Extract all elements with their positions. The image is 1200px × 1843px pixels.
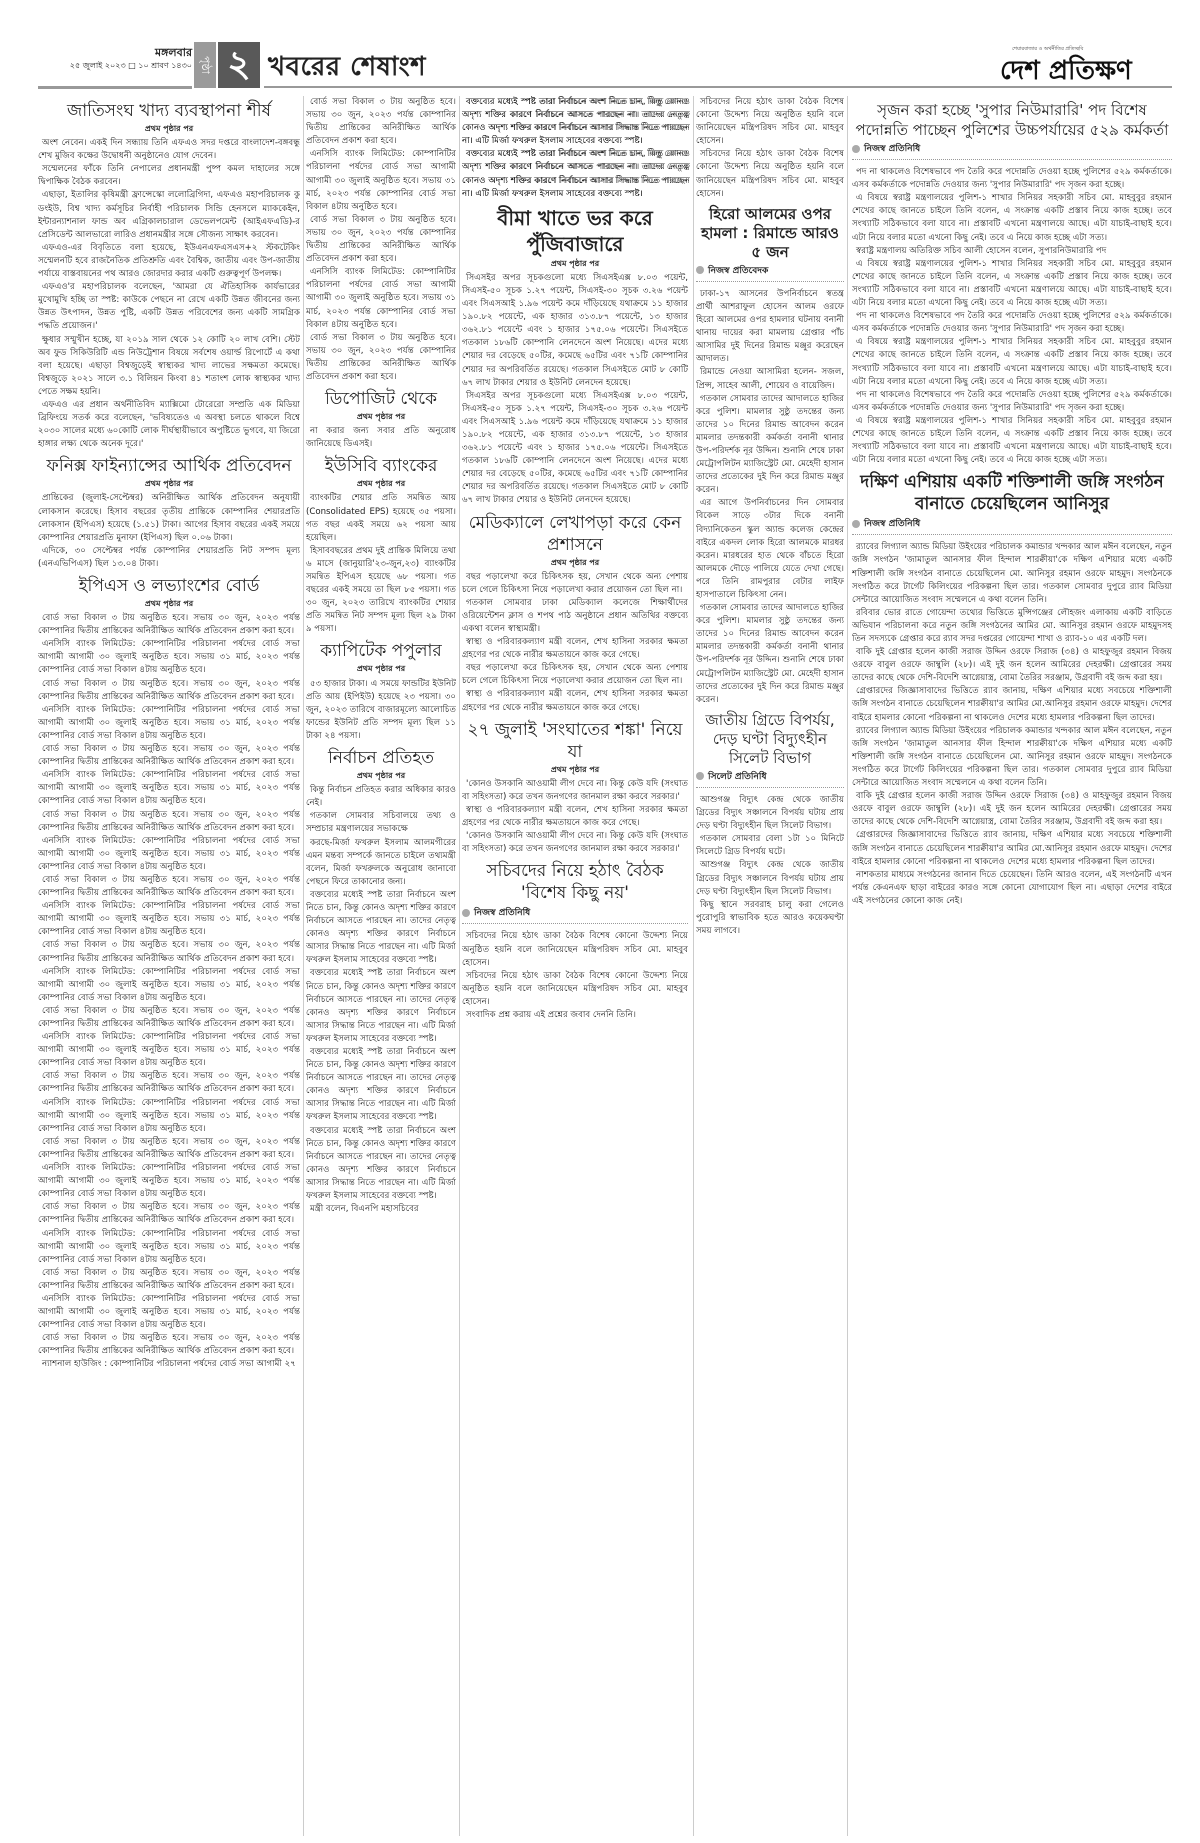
paragraph: এ বিষয়ে স্বরাষ্ট্র মন্ত্রণালয়ের পুলিশ-… [852, 192, 1172, 244]
divider [462, 923, 688, 924]
paragraph: র‌্যাবের লিগ্যাল অ্যান্ড মিডিয়া উইংয়ের… [852, 725, 1172, 790]
headline: নির্বাচন প্রতিহত [306, 747, 456, 769]
article-hero-alam: হিরো আলমের ওপর হামলা : রিমান্ডে আরও ৫ জন… [696, 205, 844, 707]
paragraph: বক্তব্যের মধ্যেই স্পষ্ট তারা নির্বাচনে অ… [462, 148, 688, 200]
paragraph: না করার জন্য সবার প্রতি অনুরোধ জানিয়েছে… [306, 425, 456, 451]
bullet-icon [462, 909, 470, 917]
article-insurance: বীমা খাতে ভর করে পুঁজিবাজারে প্রথম পৃষ্ঠ… [462, 205, 688, 508]
headline: জাতিসংঘ খাদ্য ব্যবস্থাপনা শীর্ষ [38, 100, 300, 122]
continued-label: প্রথম পৃষ্ঠার পর [306, 477, 456, 490]
paragraph: বছর পড়ালেখা করে চিকিৎসক হয়, সেখান থেকে… [462, 571, 688, 597]
paragraph: গ্রেপ্তারদের জিজ্ঞাসাবাদের ভিত্তিতে র‌্য… [852, 685, 1172, 724]
paragraph: সিএসইর অপর সূচকগুলো মধ্যে সিএসইএক্স ৮.০৩… [462, 390, 688, 508]
paragraph: আশুগঞ্জ বিদ্যুৎ কেন্দ্র থেকে জাতীয় গ্রি… [696, 794, 844, 833]
paragraph: গতকাল সোমবার তাদের আদালতে হাজির করে পুলি… [696, 393, 844, 498]
paragraph: পদ না থাকলেও বিশেষভাবে পদ তৈরি করে পদোন্… [852, 166, 1172, 192]
article-secretaries: সচিবদের নিয়ে হঠাৎ বৈঠক 'বিশেষ কিছু নয়'… [462, 860, 688, 1022]
byline: নিজস্ব প্রতিনিধি [852, 143, 1172, 156]
paragraph: এনসিসি ব্যাংক লিমিটেড: কোম্পানিটির পরিচা… [38, 835, 300, 874]
paragraph: এনসিসি ব্যাংক লিমিটেড: কোম্পানিটির পরিচা… [38, 769, 300, 808]
paragraph: ঢাকা-১৭ আসনের উপনির্বাচনে স্বতন্ত্র প্রা… [696, 288, 844, 367]
paragraph: এনসিসি ব্যাংক লিমিটেড: কোম্পানিটির পরিচা… [38, 1097, 300, 1136]
paragraph: গ্রেপ্তারদের জিজ্ঞাসাবাদের ভিত্তিতে র‌্য… [852, 829, 1172, 868]
paragraph: স্বাস্থ্য ও পরিবারকল্যাণ মন্ত্রী বলেন, শ… [462, 688, 688, 714]
column-rule [693, 96, 694, 1836]
article-election: নির্বাচন প্রতিহত প্রথম পৃষ্ঠার পর কিন্তু… [306, 747, 456, 1216]
article-super-numerary: সৃজন করা হচ্ছে 'সুপার নিউমারারি' পদ বিশে… [852, 100, 1172, 467]
continued-label: প্রথম পৃষ্ঠার পর [38, 477, 300, 490]
paragraph: ন্যাশনাল হাউজিং : কোম্পানিটির পরিচালনা প… [38, 1358, 300, 1371]
paragraph: অংশ নেবেন। একই দিন সন্ধ্যায় তিনি এফএও স… [38, 137, 300, 163]
byline: সিলেট প্রতিনিধি [696, 771, 844, 784]
article-ucb: ইউসিবি ব্যাংকের প্রথম পৃষ্ঠার পর ব্যাংকট… [306, 455, 456, 636]
paragraph: বোর্ড সভা বিকাল ৩ টায় অনুষ্ঠিত হবে। সভা… [38, 1267, 300, 1293]
paragraph: কিন্তু নির্বাচন প্রতিহত করার অধিকার কারও… [306, 784, 456, 810]
article-deposit: ডিপোজিট থেকে প্রথম পৃষ্ঠার পর না করার জন… [306, 388, 456, 451]
paragraph: এ বিষয়ে স্বরাষ্ট্র মন্ত্রণালয়ের পুলিশ-… [852, 336, 1172, 388]
paragraph: বক্তব্যের মধ্যেই স্পষ্ট তারা নির্বাচনে অ… [306, 1125, 456, 1204]
paragraph: বোর্ড সভা বিকাল ৩ টায় অনুষ্ঠিত হবে। সভা… [306, 96, 456, 148]
headline: ইউসিবি ব্যাংকের [306, 455, 456, 477]
paragraph: কিছু স্থানে সরবরাহ চালু করা গেলেও পুরোপু… [696, 899, 844, 938]
paragraph: ব্যাংকটির শেয়ার প্রতি সমন্বিত আয় (Cons… [306, 492, 456, 544]
paragraph: মন্ত্রী বলেন, বিএনপি মহাসচিবের [306, 1203, 456, 1216]
paragraph: নাশকতার মাধ্যমে সংগঠনের জানান দিতে চেয়ে… [852, 869, 1172, 908]
paragraph: বক্তব্যের মধ্যেই স্পষ্ট তারা নির্বাচনে অ… [306, 967, 456, 1046]
paragraph: বোর্ড সভা বিকাল ৩ টায় অনুষ্ঠিত হবে। সভা… [38, 743, 300, 769]
paragraph: পদ না থাকলেও বিশেষভাবে পদ তৈরি করে পদোন্… [852, 389, 1172, 415]
masthead: মঙ্গলবার ২৫ জুলাই ২০২৩ □ ১০ শ্রাবণ ১৪৩০ … [0, 0, 1200, 90]
article-medical: মেডিক্যালে লেখাপড়া করে কেন প্রশাসনে প্র… [462, 512, 688, 715]
continued-label: প্রথম পৃষ্ঠার পর [306, 769, 456, 782]
headline: মেডিক্যালে লেখাপড়া করে কেন প্রশাসনে [462, 512, 688, 556]
continued-label: প্রথম পৃষ্ঠার পর [306, 410, 456, 423]
headline: বীমা খাতে ভর করে পুঁজিবাজারে [462, 205, 688, 257]
headline: ইপিএস ও লভ্যাংশের বোর্ড [38, 575, 300, 597]
paragraph: প্রান্তিকের (জুলাই-সেপ্টেম্বর) অনিরীক্ষি… [38, 492, 300, 544]
headline: ২৭ জুলাই 'সংঘাতের শঙ্কা' নিয়ে যা [462, 719, 688, 763]
paragraph: এনসিসি ব্যাংক লিমিটেড: কোম্পানিটির পরিচা… [38, 704, 300, 743]
article-militant: দক্ষিণ এশিয়ায় একটি শক্তিশালী জঙ্গি সংগ… [852, 471, 1172, 908]
divider [696, 787, 844, 788]
column-2: বোর্ড সভা বিকাল ৩ টায় অনুষ্ঠিত হবে। সভা… [306, 96, 456, 1836]
paragraph: বোর্ড সভা বিকাল ৩ টায় অনুষ্ঠিত হবে। সভা… [38, 1005, 300, 1031]
page-number: ২ [218, 42, 260, 88]
paragraph: এনসিসি ব্যাংক লিমিটেড: কোম্পানিটির পরিচা… [38, 1228, 300, 1267]
paragraph: বোর্ড সভা বিকাল ৩ টায় অনুষ্ঠিত হবে। সভা… [38, 874, 300, 900]
paragraph: 'কোনও উসকানি আওয়ামী লীগ দেবে না। কিন্তু… [462, 830, 688, 856]
paragraph: বক্তব্যের মধ্যেই স্পষ্ট তারা নির্বাচনে অ… [462, 96, 688, 148]
paragraph: এ বিষয়ে স্বরাষ্ট্র মন্ত্রণালয়ের পুলিশ-… [852, 415, 1172, 467]
paragraph: এর আগে উপনির্বাচনের দিন সোমবার বিকেল সাড… [696, 497, 844, 602]
page-label: পৃষ্ঠা [194, 42, 216, 88]
continued-label: প্রথম পৃষ্ঠার পর [462, 257, 688, 270]
article-un-food: জাতিসংঘ খাদ্য ব্যবস্থাপনা শীর্ষ প্রথম পৃ… [38, 100, 300, 451]
byline: নিজস্ব প্রতিবেদক [696, 265, 844, 278]
paragraph: সচিবদের নিয়ে হঠাৎ ডাকা বৈঠক বিশেষ কোনো … [696, 148, 844, 200]
paragraph: গতকাল সোমবার তাদের আদালতে হাজির করে পুলি… [696, 602, 844, 707]
column-1: জাতিসংঘ খাদ্য ব্যবস্থাপনা শীর্ষ প্রথম পৃ… [38, 96, 300, 1836]
bullet-icon [852, 520, 860, 528]
article-july27: ২৭ জুলাই 'সংঘাতের শঙ্কা' নিয়ে যা প্রথম … [462, 719, 688, 857]
paragraph: র‌্যাবের লিগ্যাল অ্যান্ড মিডিয়া উইংয়ের… [852, 541, 1172, 606]
paragraph: বোর্ড সভা বিকাল ৩ টায় অনুষ্ঠিত হবে। সভা… [38, 1070, 300, 1096]
column-4: সচিবদের নিয়ে হঠাৎ ডাকা বৈঠক বিশেষ কোনো … [696, 96, 844, 1836]
paragraph: স্বরাষ্ট্র মন্ত্রণালয় অতিরিক্ত সচিব আলী… [852, 245, 1172, 258]
headline: ক্যাপিটেক পপুলার [306, 640, 456, 662]
paragraph: রিমান্ডে নেওয়া আসামিরা হলেন- সজল, প্রিন… [696, 366, 844, 392]
divider [852, 159, 1172, 160]
headline: সচিবদের নিয়ে হঠাৎ বৈঠক 'বিশেষ কিছু নয়' [462, 860, 688, 904]
column-rule [303, 96, 304, 1836]
article-phoenix: ফনিক্স ফাইন্যান্সের আর্থিক প্রতিবেদন প্র… [38, 455, 300, 571]
continued-label: প্রথম পৃষ্ঠার পর [462, 763, 688, 776]
bullet-icon [696, 266, 704, 274]
divider [264, 86, 486, 88]
paragraph: সম্মেলনের ফাঁকে তিনি নেপালের প্রধানমন্ত্… [38, 163, 300, 189]
article-grid: জাতীয় গ্রিডে বিপর্যয়, দেড় ঘণ্টা বিদ্য… [696, 711, 844, 938]
paragraph: রবিবার ভোর রাতে গোয়েন্দা তথ্যের ভিত্তিত… [852, 607, 1172, 646]
paragraph: ক্ষুধার সম্মুখীন হচ্ছে, যা ২০১৯ সাল থেকে… [38, 334, 300, 399]
paragraph: 'কোনও উসকানি আওয়ামী লীগ দেবে না। কিন্তু… [462, 778, 688, 804]
headline: সৃজন করা হচ্ছে 'সুপার নিউমারারি' পদ বিশে… [852, 100, 1172, 140]
paragraph: এফএও-এর বিবৃতিতে বলা হয়েছে, ইউএনএফএসএস+… [38, 242, 300, 281]
paragraph: এনসিসি ব্যাংক লিমিটেড: কোম্পানিটির পরিচা… [38, 1031, 300, 1070]
divider [696, 281, 844, 282]
paragraph: বোর্ড সভা বিকাল ৩ টায় অনুষ্ঠিত হবে। সভা… [38, 809, 300, 835]
byline: নিজস্ব প্রতিনিধি [852, 518, 1172, 531]
paragraph: এনসিসি ব্যাংক লিমিটেড: কোম্পানিটির পরিচা… [306, 266, 456, 331]
newspaper-logo: দেশ প্রতিক্ষণ [1000, 50, 1132, 94]
paragraph: এনসিসি ব্যাংক লিমিটেড: কোম্পানিটির পরিচা… [38, 638, 300, 677]
paragraph: এনসিসি ব্যাংক লিমিটেড: কোম্পানিটির পরিচা… [38, 1162, 300, 1201]
paragraph: আশুগঞ্জ বিদ্যুৎ কেন্দ্র থেকে জাতীয় গ্রি… [696, 859, 844, 898]
paragraph: গতকাল সোমবার ঢাকা মেডিক্যাল কলেজে শিক্ষা… [462, 597, 688, 636]
paragraph: বোর্ড সভা বিকাল ৩ টায় অনুষ্ঠিত হবে। সভা… [38, 678, 300, 704]
paragraph: বোর্ড সভা বিকাল ৩ টায় অনুষ্ঠিত হবে। সভা… [38, 939, 300, 965]
continued-label: প্রথম পৃষ্ঠার পর [38, 122, 300, 135]
paragraph: এফএও এর প্রধান অর্থনীতিবিদ ম্যাক্সিমো টো… [38, 399, 300, 451]
column-5: সৃজন করা হচ্ছে 'সুপার নিউমারারি' পদ বিশে… [852, 96, 1172, 1836]
paragraph: বোর্ড সভা বিকাল ৩ টায় অনুষ্ঠিত হবে। সভা… [306, 214, 456, 266]
headline: দক্ষিণ এশিয়ায় একটি শক্তিশালী জঙ্গি সংগ… [852, 471, 1172, 515]
paragraph: বক্তব্যের মধ্যেই স্পষ্ট তারা নির্বাচনে অ… [306, 889, 456, 968]
continued-label: প্রথম পৃষ্ঠার পর [38, 597, 300, 610]
divider [38, 86, 192, 89]
column-rule [459, 96, 460, 1836]
paragraph: এনসিসি ব্যাংক লিমিটেড: কোম্পানিটির পরিচা… [38, 966, 300, 1005]
continued-label: প্রথম পৃষ্ঠার পর [306, 662, 456, 675]
paragraph: বাকি দুই গ্রেপ্তার হলেন কাজী সরাজ উদ্দিন… [852, 790, 1172, 829]
paragraph: এছাড়া, ইতালির কৃষিমন্ত্রী ফ্রান্সেস্কো … [38, 189, 300, 241]
divider [852, 534, 1172, 535]
paragraph: স্বাস্থ্য ও পরিবারকল্যাণ মন্ত্রী বলেন, শ… [462, 804, 688, 830]
paragraph: সচিবদের নিয়ে হঠাৎ ডাকা বৈঠক বিশেষ কোনো … [462, 970, 688, 1009]
paragraph: সিএসইর অপর সূচকগুলো মধ্যে সিএসইএক্স ৮.০৩… [462, 272, 688, 390]
paragraph: এনসিসি ব্যাংক লিমিটেড: কোম্পানিটির পরিচা… [306, 148, 456, 213]
paragraph: স্বাস্থ্য ও পরিবারকল্যাণ মন্ত্রী বলেন, শ… [462, 636, 688, 662]
column-rule [847, 96, 848, 1836]
paragraph: করছে-মির্জা ফখরুল ইসলাম আলমগীরের এমন মন্… [306, 837, 456, 889]
headline: ফনিক্স ফাইন্যান্সের আর্থিক প্রতিবেদন [38, 455, 300, 477]
paragraph: গতকাল সোমবার সচিবালয়ে তথ্য ও সম্প্রচার … [306, 810, 456, 836]
continued-label: প্রথম পৃষ্ঠার পর [462, 556, 688, 569]
paragraph: এনসিসি ব্যাংক লিমিটেড: কোম্পানিটির পরিচা… [38, 1293, 300, 1332]
paragraph: পদ না থাকলেও বিশেষভাবে পদ তৈরি করে পদোন্… [852, 310, 1172, 336]
headline: ডিপোজিট থেকে [306, 388, 456, 410]
paragraph: বছর পড়ালেখা করে চিকিৎসক হয়, সেখান থেকে… [462, 662, 688, 688]
paragraph: সচিবদের নিয়ে হঠাৎ ডাকা বৈঠক বিশেষ কোনো … [696, 96, 844, 148]
paragraph: এফএও'র মহাপরিচালক বলেছেন, 'আমরা যে ঐতিহা… [38, 281, 300, 333]
paragraph: এনসিসি ব্যাংক লিমিটেড: কোম্পানিটির পরিচা… [38, 900, 300, 939]
bullet-icon [852, 145, 860, 153]
paragraph: বক্তব্যের মধ্যেই স্পষ্ট তারা নির্বাচনে অ… [306, 1046, 456, 1125]
issue-date: ২৫ জুলাই ২০২৩ □ ১০ শ্রাবণ ১৪৩০ [40, 60, 192, 73]
paragraph: এদিকে, ৩০ সেপ্টেম্বর পর্যন্ত কোম্পানির শ… [38, 545, 300, 571]
paragraph: বোর্ড সভা বিকাল ৩ টায় অনুষ্ঠিত হবে। সভা… [38, 1136, 300, 1162]
paragraph: গতকাল সোমবার বেলা ১টা ১০ মিনিটে সিলেটে গ… [696, 833, 844, 859]
column-3-wide: বক্তব্যের মধ্যেই স্পষ্ট তারা নির্বাচনে অ… [462, 96, 688, 1836]
paragraph: বোর্ড সভা বিকাল ৩ টায় অনুষ্ঠিত হবে। সভা… [306, 332, 456, 384]
headline: হিরো আলমের ওপর হামলা : রিমান্ডে আরও ৫ জন [696, 205, 844, 262]
paragraph: বোর্ড সভা বিকাল ৩ টায় অনুষ্ঠিত হবে। সভা… [38, 612, 300, 638]
paragraph: বোর্ড সভা বিকাল ৩ টায় অনুষ্ঠিত হবে। সভা… [38, 1201, 300, 1227]
section-title: খবরের শেষাংশ [268, 46, 426, 90]
article-eps-board: ইপিএস ও লভ্যাংশের বোর্ড প্রথম পৃষ্ঠার পর… [38, 575, 300, 1372]
paragraph: বাকি দুই গ্রেপ্তার হলেন কাজী সরাজ উদ্দিন… [852, 646, 1172, 685]
paragraph: সংবাদিক প্রশ্ন করায় এই প্রশ্নের জবাব দে… [462, 1009, 688, 1022]
paragraph: বোর্ড সভা বিকাল ৩ টায় অনুষ্ঠিত হবে। সভা… [38, 1332, 300, 1358]
article-capitec: ক্যাপিটেক পপুলার প্রথম পৃষ্ঠার পর ৫৩ হাজ… [306, 640, 456, 743]
paragraph: এ বিষয়ে স্বরাষ্ট্র মন্ত্রণালয়ের পুলিশ-… [852, 258, 1172, 310]
paragraph: হিসাববছরের প্রথম দুই প্রান্তিক মিলিয়ে ত… [306, 545, 456, 637]
paragraph: সচিবদের নিয়ে হঠাৎ ডাকা বৈঠক বিশেষ কোনো … [462, 930, 688, 969]
headline: জাতীয় গ্রিডে বিপর্যয়, দেড় ঘণ্টা বিদ্য… [696, 711, 844, 768]
paragraph: ৫৩ হাজার টাকা। এ সময়ে ফান্ডটির ইউনিট প্… [306, 678, 456, 743]
bullet-icon [696, 772, 704, 780]
byline: নিজস্ব প্রতিনিধি [462, 907, 688, 920]
